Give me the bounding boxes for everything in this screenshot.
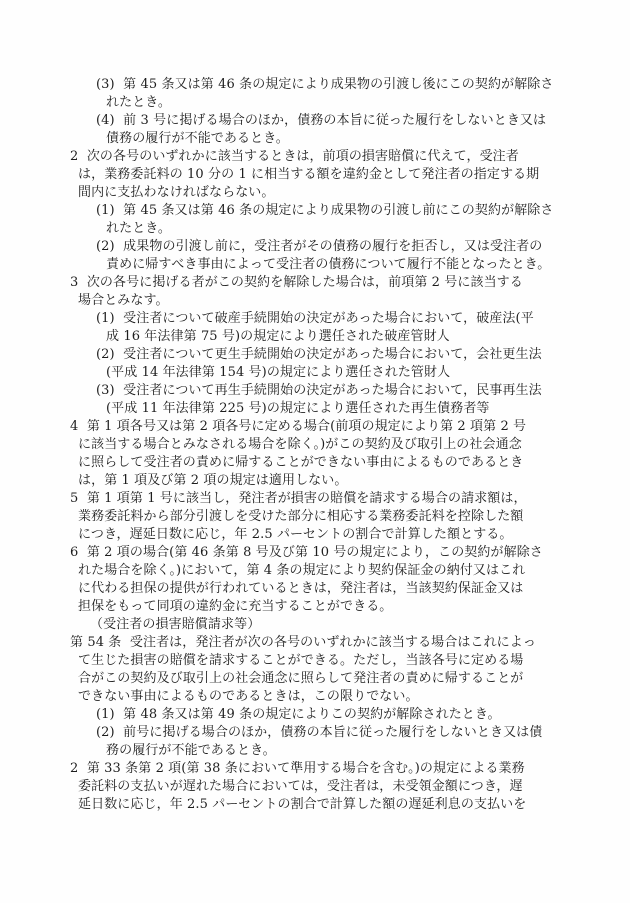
sub-item: (2) 成果物の引渡し前に，受注者がその債務の履行を拒否し，又は受注者の責めに帰…	[70, 238, 622, 274]
article-heading: （受注者の損害賠償請求等）	[70, 616, 622, 634]
text-line: 6 第 2 項の場合(第 46 条第 8 号及び第 10 号の規定により，この契…	[70, 544, 622, 562]
clause-paragraph: 6 第 2 項の場合(第 46 条第 8 号及び第 10 号の規定により，この契…	[70, 544, 622, 616]
text-line: 業務委託料から部分引渡しを受けた部分に相応する業務委託料を控除した額	[70, 508, 622, 526]
sub-item: (1) 受注者について破産手続開始の決定があった場合において，破産法(平成 16…	[70, 310, 622, 346]
text-line: (1) 受注者について破産手続開始の決定があった場合において，破産法(平	[70, 310, 622, 328]
sub-item: (3) 第 45 条又は第 46 条の規定により成果物の引渡し後にこの契約が解除…	[70, 76, 622, 112]
text-line: 合がこの契約及び取引上の社会通念に照らして発注者の責めに帰することが	[70, 670, 622, 688]
text-line: (2) 受注者について更生手続開始の決定があった場合において，会社更生法	[70, 346, 622, 364]
text-line: は，第 1 項及び第 2 項の規定は適用しない。	[70, 472, 622, 490]
text-line: 担保をもって同項の違約金に充当することができる。	[70, 598, 622, 616]
text-line: 第 54 条 受注者は，発注者が次の各号のいずれかに該当する場合はこれによっ	[70, 634, 622, 652]
clause-paragraph: 2 次の各号のいずれかに該当するときは，前項の損害賠償に代えて，受注者は，業務委…	[70, 148, 622, 202]
sub-item: (1) 第 45 条又は第 46 条の規定により成果物の引渡し前にこの契約が解除…	[70, 202, 622, 238]
clause-paragraph: 5 第 1 項第 1 号に該当し，発注者が損害の賠償を請求する場合の請求額は，業…	[70, 490, 622, 544]
text-line: 2 次の各号のいずれかに該当するときは，前項の損害賠償に代えて，受注者	[70, 148, 622, 166]
text-line: に照らして受注者の責めに帰することができない事由によるものであるとき	[70, 454, 622, 472]
clause-paragraph: 3 次の各号に掲げる者がこの契約を解除した場合は，前項第 2 号に該当する場合と…	[70, 274, 622, 310]
text-line: 3 次の各号に掲げる者がこの契約を解除した場合は，前項第 2 号に該当する	[70, 274, 622, 292]
text-line: 4 第 1 項各号又は第 2 項各号に定める場合(前項の規定により第 2 項第 …	[70, 418, 622, 436]
text-line: 成 16 年法律第 75 号)の規定により選任された破産管財人	[70, 328, 622, 346]
text-line: に代わる担保の提供が行われているときは，発注者は，当該契約保証金又は	[70, 580, 622, 598]
text-line: は，業務委託料の 10 分の 1 に相当する額を違約金として発注者の指定する期	[70, 166, 622, 184]
sub-item: (4) 前 3 号に掲げる場合のほか，債務の本旨に従った履行をしないとき又は債務…	[70, 112, 622, 148]
text-line: 5 第 1 項第 1 号に該当し，発注者が損害の賠償を請求する場合の請求額は，	[70, 490, 622, 508]
sub-item: (1) 第 48 条又は第 49 条の規定によりこの契約が解除されたとき。	[70, 706, 622, 724]
text-line: れた場合を除く。)において，第 4 条の規定により契約保証金の納付又はこれ	[70, 562, 622, 580]
text-line: (平成 14 年法律第 154 号)の規定により選任された管財人	[70, 364, 622, 382]
text-line: 責めに帰すべき事由によって受注者の債務について履行不能となったとき。	[70, 256, 622, 274]
text-line: 2 第 33 条第 2 項(第 38 条において準用する場合を含む。)の規定によ…	[70, 760, 622, 778]
contract-text-body: (3) 第 45 条又は第 46 条の規定により成果物の引渡し後にこの契約が解除…	[0, 0, 630, 814]
text-line: (2) 成果物の引渡し前に，受注者がその債務の履行を拒否し，又は受注者の	[70, 238, 622, 256]
text-line: (4) 前 3 号に掲げる場合のほか，債務の本旨に従った履行をしないとき又は	[70, 112, 622, 130]
text-line: 債務の履行が不能であるとき。	[70, 130, 622, 148]
text-line: (3) 受注者について再生手続開始の決定があった場合において，民事再生法	[70, 382, 622, 400]
text-line: (1) 第 48 条又は第 49 条の規定によりこの契約が解除されたとき。	[70, 706, 622, 724]
clause-paragraph: 2 第 33 条第 2 項(第 38 条において準用する場合を含む。)の規定によ…	[70, 760, 622, 814]
sub-item: (3) 受注者について再生手続開始の決定があった場合において，民事再生法(平成 …	[70, 382, 622, 418]
text-line: できない事由によるものであるときは，この限りでない。	[70, 688, 622, 706]
article-paragraph: 第 54 条 受注者は，発注者が次の各号のいずれかに該当する場合はこれによって生…	[70, 634, 622, 706]
document-page: (3) 第 45 条又は第 46 条の規定により成果物の引渡し後にこの契約が解除…	[0, 0, 630, 903]
text-line: 場合とみなす。	[70, 292, 622, 310]
text-line: 務の履行が不能であるとき。	[70, 742, 622, 760]
text-line: れたとき。	[70, 220, 622, 238]
clause-paragraph: 4 第 1 項各号又は第 2 項各号に定める場合(前項の規定により第 2 項第 …	[70, 418, 622, 490]
text-line: 間内に支払わなければならない。	[70, 184, 622, 202]
text-line: （受注者の損害賠償請求等）	[70, 616, 622, 634]
text-line: 委託料の支払いが遅れた場合においては，受注者は，未受領金額につき，遅	[70, 778, 622, 796]
text-line: れたとき。	[70, 94, 622, 112]
text-line: 延日数に応じ，年 2.5 パーセントの割合で計算した額の遅延利息の支払いを	[70, 796, 622, 814]
text-line: (平成 11 年法律第 225 号)の規定により選任された再生債務者等	[70, 400, 622, 418]
text-line: (2) 前号に掲げる場合のほか，債務の本旨に従った履行をしないとき又は債	[70, 724, 622, 742]
text-line: (1) 第 45 条又は第 46 条の規定により成果物の引渡し前にこの契約が解除…	[70, 202, 622, 220]
text-line: に該当する場合とみなされる場合を除く。)がこの契約及び取引上の社会通念	[70, 436, 622, 454]
text-line: (3) 第 45 条又は第 46 条の規定により成果物の引渡し後にこの契約が解除…	[70, 76, 622, 94]
sub-item: (2) 前号に掲げる場合のほか，債務の本旨に従った履行をしないとき又は債務の履行…	[70, 724, 622, 760]
text-line: て生じた損害の賠償を請求することができる。ただし，当該各号に定める場	[70, 652, 622, 670]
text-line: につき，遅延日数に応じ，年 2.5 パーセントの割合で計算した額とする。	[70, 526, 622, 544]
sub-item: (2) 受注者について更生手続開始の決定があった場合において，会社更生法(平成 …	[70, 346, 622, 382]
